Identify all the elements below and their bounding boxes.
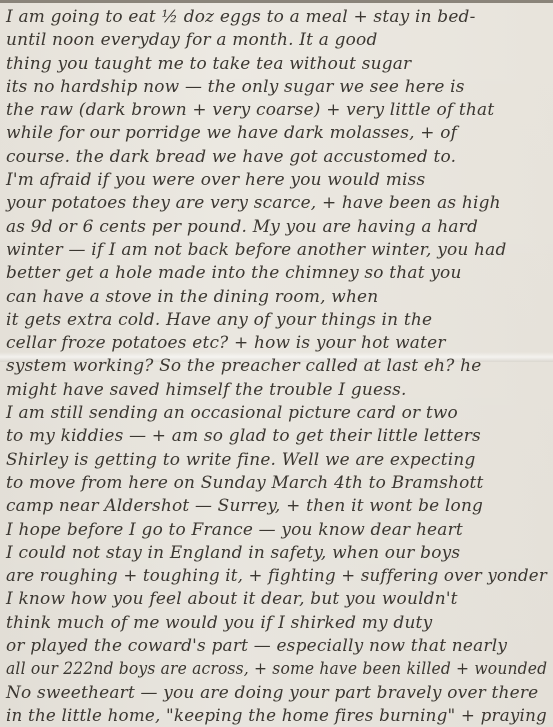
text-line: as 9d or 6 cents per pound. My you are h… <box>6 216 547 239</box>
text-line: thing you taught me to take tea without … <box>6 53 547 76</box>
text-line: are roughing + toughing it, + fighting +… <box>6 565 536 588</box>
text-line: I could not stay in England in safety, w… <box>6 542 547 565</box>
text-line: better get a hole made into the chimney … <box>6 262 547 285</box>
text-line: I'm afraid if you were over here you wou… <box>6 169 547 192</box>
text-line: cellar froze potatoes etc? + how is your… <box>6 332 547 355</box>
text-line: I am going to eat ½ doz eggs to a meal +… <box>6 6 547 29</box>
text-line: I am still sending an occasional picture… <box>6 402 547 425</box>
text-line: camp near Aldershot — Surrey, + then it … <box>6 495 547 518</box>
text-line: I hope before I go to France — you know … <box>6 519 547 542</box>
text-line: system working? So the preacher called a… <box>6 355 547 378</box>
text-line: No sweetheart — you are doing your part … <box>6 682 547 705</box>
text-line: can have a stove in the dining room, whe… <box>6 286 547 309</box>
text-line: to move from here on Sunday March 4th to… <box>6 472 547 495</box>
text-line: winter — if I am not back before another… <box>6 239 547 262</box>
text-line: its no hardship now — the only sugar we … <box>6 76 547 99</box>
handwritten-text: I am going to eat ½ doz eggs to a meal +… <box>6 6 549 727</box>
text-line: I know how you feel about it dear, but y… <box>6 588 547 611</box>
paper-top-edge <box>0 0 553 3</box>
text-line: while for our porridge we have dark mola… <box>6 122 547 145</box>
text-line: to my kiddies — + am so glad to get thei… <box>6 425 547 448</box>
text-line: your potatoes they are very scarce, + ha… <box>6 192 547 215</box>
text-line: think much of me would you if I shirked … <box>6 612 547 635</box>
text-line: or played the coward's part — especially… <box>6 635 547 658</box>
text-line: the raw (dark brown + very coarse) + ver… <box>6 99 547 122</box>
text-line: Shirley is getting to write fine. Well w… <box>6 449 547 472</box>
text-line: it gets extra cold. Have any of your thi… <box>6 309 547 332</box>
letter-page: I am going to eat ½ doz eggs to a meal +… <box>0 0 553 727</box>
text-line: until noon everyday for a month. It a go… <box>6 29 547 52</box>
text-line: in the little home, "keeping the home fi… <box>6 705 540 727</box>
text-line: all our 222nd boys are across, + some ha… <box>6 658 501 681</box>
text-line: course. the dark bread we have got accus… <box>6 146 547 169</box>
text-line: might have saved himself the trouble I g… <box>6 379 547 402</box>
